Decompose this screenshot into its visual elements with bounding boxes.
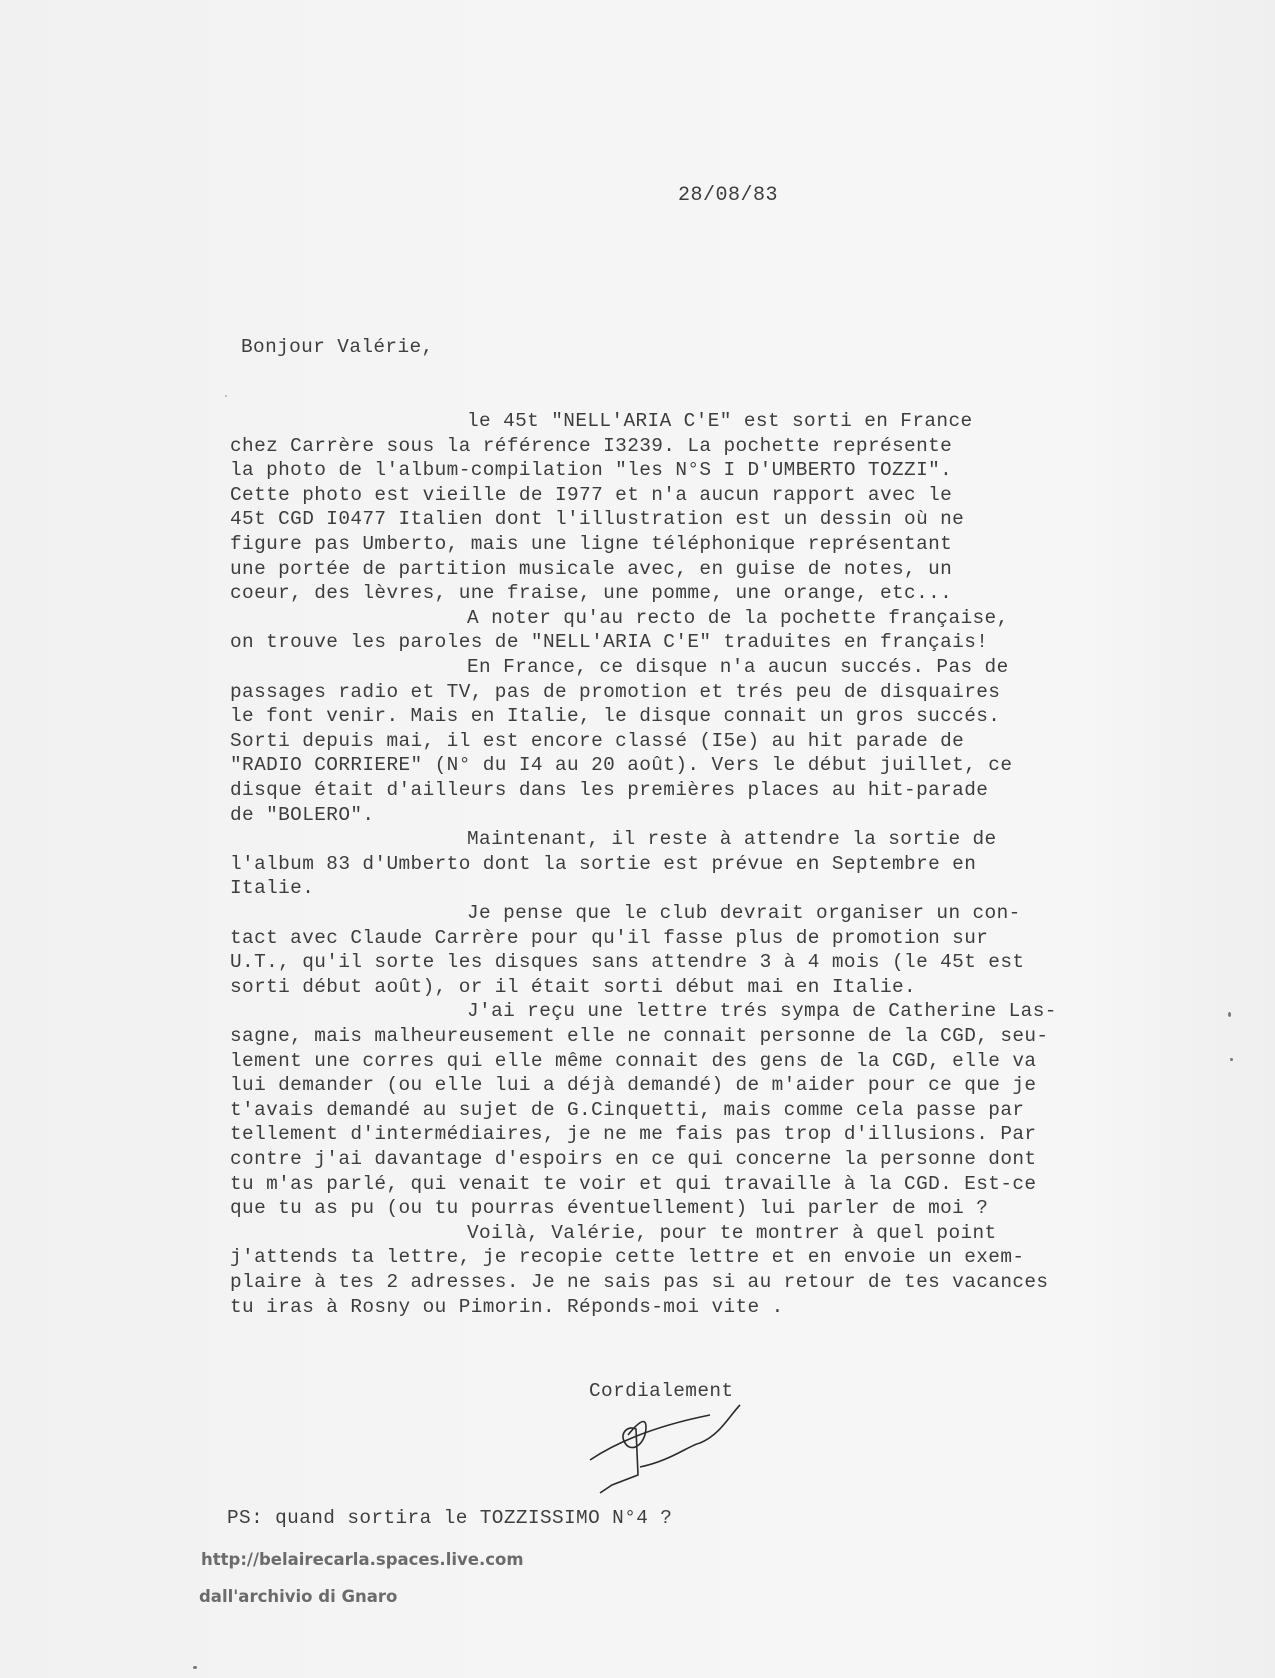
letter-line: tu iras à Rosny ou Pimorin. Réponds-moi …	[230, 1298, 784, 1317]
letter-line: le 45t "NELL'ARIA C'E" est sorti en Fran…	[467, 412, 973, 431]
letter-line: j'attends ta lettre, je recopie cette le…	[230, 1248, 1024, 1267]
letter-line: on trouve les paroles de "NELL'ARIA C'E"…	[230, 633, 988, 652]
letter-line: chez Carrère sous la référence I3239. La…	[230, 437, 952, 456]
letter-line: En France, ce disque n'a aucun succés. P…	[467, 658, 1009, 677]
scan-speck	[1230, 1058, 1233, 1061]
letter-line: sorti début août), or il était sorti déb…	[230, 978, 916, 997]
scan-speck	[193, 1666, 197, 1669]
letter-line: U.T., qu'il sorte les disques sans atten…	[230, 953, 1024, 972]
letter-line: tellement d'intermédiaires, je ne me fai…	[230, 1125, 1036, 1144]
letter-line: Je pense que le club devrait organiser u…	[467, 904, 1021, 923]
letter-line: contre j'ai davantage d'espoirs en ce qu…	[230, 1150, 1036, 1169]
letter-line: l'album 83 d'Umberto dont la sortie est …	[230, 855, 976, 874]
letter-line: plaire à tes 2 adresses. Je ne sais pas …	[230, 1273, 1048, 1292]
letter-line: figure pas Umberto, mais une ligne télép…	[230, 535, 952, 554]
letter-line: la photo de l'album-compilation "les N°S…	[230, 461, 952, 480]
letter-greeting: Bonjour Valérie,	[241, 336, 434, 358]
letter-line: que tu as pu (ou tu pourras éventuelleme…	[230, 1199, 988, 1218]
letter-line: J'ai reçu une lettre trés sympa de Cathe…	[467, 1002, 1057, 1021]
scan-speck	[1228, 1012, 1231, 1017]
letter-line: tact avec Claude Carrère pour qu'il fass…	[230, 929, 988, 948]
letter-line: lement une corres qui elle même connait …	[230, 1052, 1036, 1071]
letter-line: coeur, des lèvres, une fraise, une pomme…	[230, 584, 952, 603]
letter-line: disque était d'ailleurs dans les premièr…	[230, 781, 988, 800]
letter-line: une portée de partition musicale avec, e…	[230, 560, 952, 579]
letter-line: de "BOLERO".	[230, 806, 374, 825]
letter-line: sagne, mais malheureusement elle ne conn…	[230, 1027, 1048, 1046]
letter-line: passages radio et TV, pas de promotion e…	[230, 683, 1000, 702]
letter-line: le font venir. Mais en Italie, le disque…	[230, 707, 1000, 726]
watermark-credit: dall'archivio di Gnaro	[199, 1587, 397, 1606]
letter-line: "RADIO CORRIERE" (N° du I4 au 20 août). …	[230, 756, 1012, 775]
letter-line: tu m'as parlé, qui venait te voir et qui…	[230, 1175, 1036, 1194]
scan-speck	[225, 395, 227, 397]
letter-line: 45t CGD I0477 Italien dont l'illustratio…	[230, 510, 964, 529]
letter-date: 28/08/83	[678, 184, 778, 207]
letter-line: Sorti depuis mai, il est encore classé (…	[230, 732, 964, 751]
letter-line: Voilà, Valérie, pour te montrer à quel p…	[467, 1224, 997, 1243]
letter-line: Maintenant, il reste à attendre la sorti…	[467, 830, 997, 849]
scanned-letter-page: 28/08/83 Bonjour Valérie, le 45t "NELL'A…	[0, 0, 1275, 1678]
letter-line: lui demander (ou elle lui a déjà demandé…	[230, 1076, 1036, 1095]
letter-line: Italie.	[230, 879, 314, 898]
letter-line: t'avais demandé au sujet de G.Cinquetti,…	[230, 1101, 1024, 1120]
letter-line: Cette photo est vieille de I977 et n'a a…	[230, 486, 952, 505]
letter-line: A noter qu'au recto de la pochette franç…	[467, 609, 1009, 628]
watermark-url: http://belairecarla.spaces.live.com	[201, 1550, 524, 1569]
letter-postscript: PS: quand sortira le TOZZISSIMO N°4 ?	[227, 1507, 672, 1529]
handwritten-signature-icon	[580, 1385, 760, 1495]
